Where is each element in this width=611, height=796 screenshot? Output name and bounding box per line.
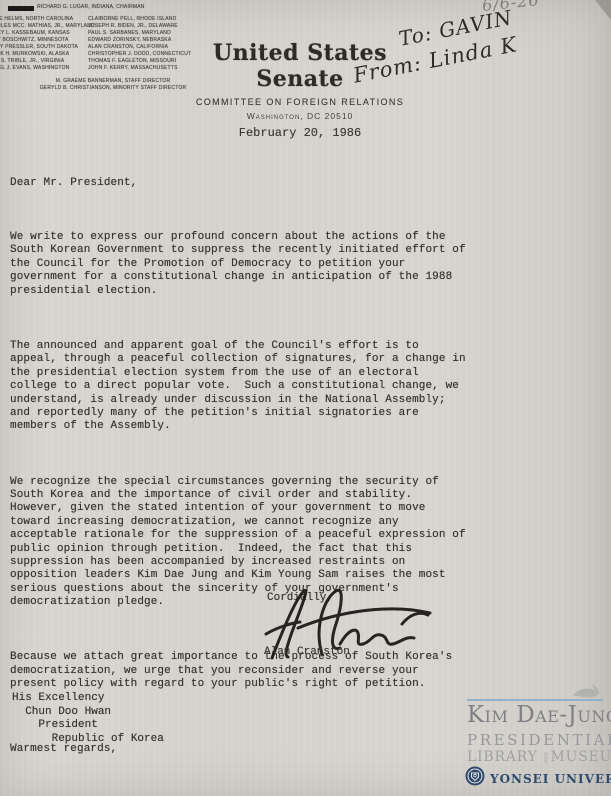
logo-museum-label: MUSEUM (551, 749, 611, 765)
logo-library-museum: LIBRARYANDMUSEUM (467, 749, 611, 765)
page-corner-shade (595, 0, 611, 20)
letter-date: February 20, 1986 (175, 126, 425, 140)
senators-left-column: JESSE HELMS, NORTH CAROLINA CHARLES McC.… (0, 16, 95, 72)
logo-title: Kim Dae-Jung (467, 702, 605, 728)
paragraph-1: We write to express our profound concern… (10, 231, 505, 298)
salutation: Dear Mr. President, (10, 177, 505, 190)
signature-typed-name: Alan Cranston (264, 646, 350, 658)
logo-and-label: AND (542, 752, 547, 763)
yonsei-university-label: YONSEI UNIVERSITY (490, 772, 611, 786)
chairman-line: RICHARD G. LUGAR, INDIANA, CHAIRMAN (37, 4, 145, 11)
logo-library-label: LIBRARY (467, 749, 538, 765)
redaction-mark (8, 6, 34, 11)
scanned-letter-page: RICHARD G. LUGAR, INDIANA, CHAIRMAN JESS… (0, 0, 611, 796)
letterhead-center: United States Senate COMMITTEE ON FOREIG… (175, 40, 425, 140)
committee-name: COMMITTEE ON FOREIGN RELATIONS (175, 97, 425, 107)
yonsei-emblem-icon (465, 766, 485, 791)
logo-rule (467, 699, 603, 701)
yonsei-row: YONSEI UNIVERSITY (465, 766, 611, 791)
recipient-block: His Excellency Chun Doo Hwan President R… (12, 692, 164, 746)
committee-address: Washington, DC 20510 (175, 111, 425, 121)
paragraph-2: The announced and apparent goal of the C… (10, 340, 505, 434)
letter-body: Dear Mr. President, We write to express … (10, 150, 505, 784)
logo-subtitle: PRESIDENTIAL (467, 731, 611, 749)
